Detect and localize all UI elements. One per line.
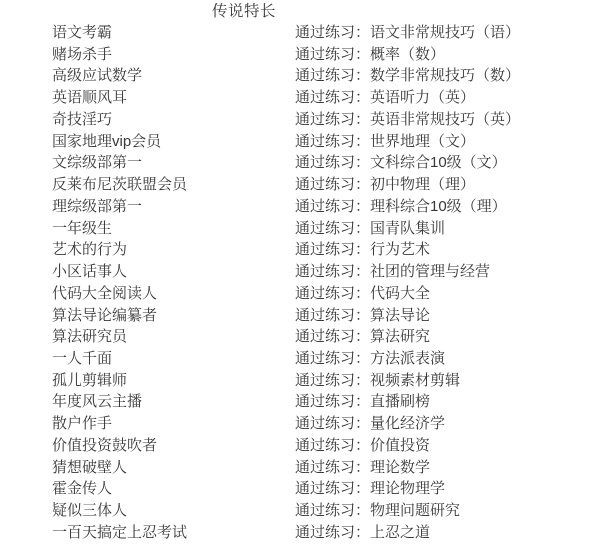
specialty-row: 艺术的行为通过练习：行为艺术 [52,239,600,261]
legendary-specialty-list-page: 传说特长 语文考霸通过练习：语文非常规技巧（语）赌场杀手通过练习：概率（数）高级… [0,0,600,544]
specialty-row: 猜想破壁人通过练习：理论数学 [52,457,600,479]
specialty-name: 疑似三体人 [52,500,295,522]
specialty-row: 算法研究员通过练习：算法研究 [52,326,600,348]
specialty-row: 文综级部第一通过练习：文科综合10级（文） [52,152,600,174]
specialty-name: 孤儿剪辑师 [52,370,295,392]
specialty-name: 霍金传人 [52,478,295,500]
specialty-name: 高级应试数学 [52,65,295,87]
specialty-name: 年度风云主播 [52,391,295,413]
specialty-row: 霍金传人通过练习：理论物理学 [52,478,600,500]
training-method: 通过练习：直播刷榜 [295,391,600,413]
specialty-row: 奇技淫巧通过练习：英语非常规技巧（英） [52,109,600,131]
specialty-row: 语文考霸通过练习：语文非常规技巧（语） [52,22,600,44]
training-method: 通过练习：理论数学 [295,457,600,479]
training-method: 通过练习：数学非常规技巧（数） [295,65,600,87]
training-method: 通过练习：国青队集训 [295,218,600,240]
training-method: 通过练习：社团的管理与经营 [295,261,600,283]
specialty-row: 国家地理vip会员通过练习：世界地理（文） [52,131,600,153]
training-method: 通过练习：理论物理学 [295,478,600,500]
specialty-row: 孤儿剪辑师通过练习：视频素材剪辑 [52,370,600,392]
training-method: 通过练习：英语听力（英） [295,87,600,109]
specialty-name: 价值投资鼓吹者 [52,435,295,457]
page-title: 传说特长 [212,2,276,21]
training-method: 通过练习：视频素材剪辑 [295,370,600,392]
training-method: 通过练习：物理问题研究 [295,500,600,522]
specialty-row: 英语顺风耳通过练习：英语听力（英） [52,87,600,109]
training-method: 通过练习：初中物理（理） [295,174,600,196]
specialty-rows: 语文考霸通过练习：语文非常规技巧（语）赌场杀手通过练习：概率（数）高级应试数学通… [52,22,600,544]
specialty-name: 艺术的行为 [52,239,295,261]
specialty-row: 散户作手通过练习：量化经济学 [52,413,600,435]
training-method: 通过练习：概率（数） [295,44,600,66]
specialty-name: 语文考霸 [52,22,295,44]
specialty-row: 赌场杀手通过练习：概率（数） [52,44,600,66]
specialty-row: 一人千面通过练习：方法派表演 [52,348,600,370]
specialty-name: 算法导论编纂者 [52,305,295,327]
specialty-name: 小区话事人 [52,261,295,283]
specialty-row: 高级应试数学通过练习：数学非常规技巧（数） [52,65,600,87]
training-method: 通过练习：英语非常规技巧（英） [295,109,600,131]
training-method: 通过练习：量化经济学 [295,413,600,435]
specialty-row: 代码大全阅读人通过练习：代码大全 [52,283,600,305]
specialty-row: 年度风云主播通过练习：直播刷榜 [52,391,600,413]
specialty-name: 文综级部第一 [52,152,295,174]
training-method: 通过练习：行为艺术 [295,239,600,261]
specialty-name: 一年级生 [52,218,295,240]
specialty-row: 小区话事人通过练习：社团的管理与经营 [52,261,600,283]
specialty-name: 散户作手 [52,413,295,435]
specialty-row: 理综级部第一通过练习：理科综合10级（理） [52,196,600,218]
specialty-name: 一百天搞定上忍考试 [52,522,295,544]
specialty-name: 理综级部第一 [52,196,295,218]
training-method: 通过练习：上忍之道 [295,522,600,544]
training-method: 通过练习：理科综合10级（理） [295,196,600,218]
specialty-row: 一年级生通过练习：国青队集训 [52,218,600,240]
specialty-name: 一人千面 [52,348,295,370]
specialty-name: 代码大全阅读人 [52,283,295,305]
specialty-row: 疑似三体人通过练习：物理问题研究 [52,500,600,522]
specialty-row: 算法导论编纂者通过练习：算法导论 [52,305,600,327]
training-method: 通过练习：文科综合10级（文） [295,152,600,174]
training-method: 通过练习：价值投资 [295,435,600,457]
training-method: 通过练习：代码大全 [295,283,600,305]
specialty-name: 猜想破壁人 [52,457,295,479]
training-method: 通过练习：算法研究 [295,326,600,348]
specialty-row: 价值投资鼓吹者通过练习：价值投资 [52,435,600,457]
training-method: 通过练习：语文非常规技巧（语） [295,22,600,44]
specialty-name: 算法研究员 [52,326,295,348]
specialty-name: 国家地理vip会员 [52,131,295,153]
training-method: 通过练习：方法派表演 [295,348,600,370]
specialty-name: 奇技淫巧 [52,109,295,131]
specialty-row: 反莱布尼茨联盟会员通过练习：初中物理（理） [52,174,600,196]
specialty-name: 赌场杀手 [52,44,295,66]
training-method: 通过练习：世界地理（文） [295,131,600,153]
training-method: 通过练习：算法导论 [295,305,600,327]
specialty-row: 一百天搞定上忍考试通过练习：上忍之道 [52,522,600,544]
specialty-name: 反莱布尼茨联盟会员 [52,174,295,196]
specialty-name: 英语顺风耳 [52,87,295,109]
